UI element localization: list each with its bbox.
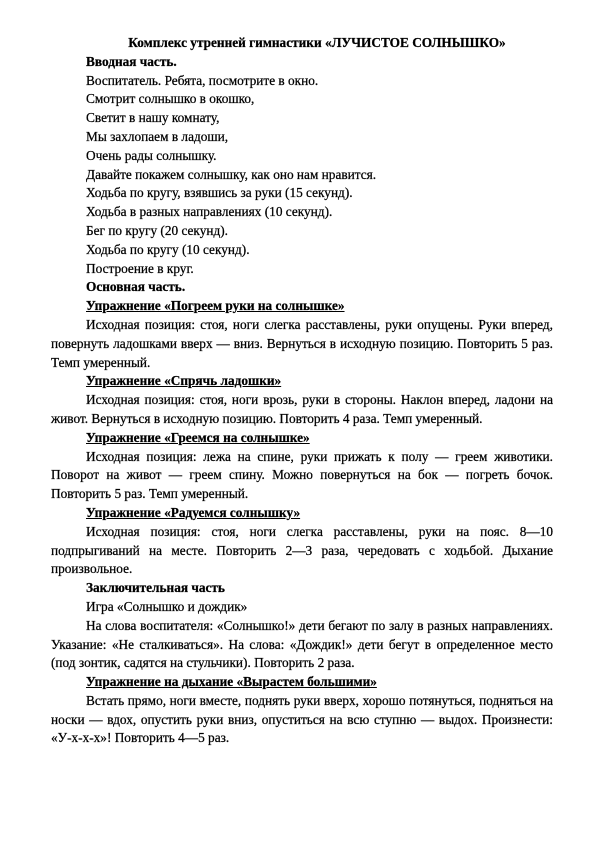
game-text: На слова воспитателя: «Солнышко!» дети б… [51,617,553,673]
intro-line: Давайте покажем солнышку, как оно нам нр… [51,166,553,185]
intro-line: Построение в круг. [51,260,553,279]
breathing-exercise-title: Упражнение на дыхание «Вырастем большими… [51,673,553,692]
document-title: Комплекс утренней гимнастики «ЛУЧИСТОЕ С… [51,34,553,53]
intro-line: Светит в нашу комнату, [51,109,553,128]
intro-line: Очень рады солнышку. [51,147,553,166]
intro-line: Смотрит солнышко в окошко, [51,90,553,109]
game-title: Игра «Солнышко и дождик» [51,598,553,617]
final-heading: Заключительная часть [51,579,553,598]
intro-line: Воспитатель. Ребята, посмотрите в окно. [51,72,553,91]
exercise-text: Исходная позиция: стоя, ноги слегка расс… [51,523,553,579]
exercise-text: Исходная позиция: стоя, ноги врозь, руки… [51,391,553,429]
main-heading: Основная часть. [51,278,553,297]
exercise-title: Упражнение «Погреем руки на солнышке» [51,297,553,316]
intro-line: Бег по кругу (20 секунд). [51,222,553,241]
exercise-title: Упражнение «Греемся на солнышке» [51,429,553,448]
intro-heading: Вводная часть. [51,53,553,72]
intro-line: Ходьба по кругу (10 секунд). [51,241,553,260]
document-page: Комплекс утренней гимнастики «ЛУЧИСТОЕ С… [51,34,553,748]
intro-line: Ходьба в разных направлениях (10 секунд)… [51,203,553,222]
intro-line: Мы захлопаем в ладоши, [51,128,553,147]
breathing-exercise-text: Встать прямо, ноги вместе, поднять руки … [51,692,553,748]
exercise-text: Исходная позиция: лежа на спине, руки пр… [51,448,553,504]
intro-line: Ходьба по кругу, взявшись за руки (15 се… [51,184,553,203]
exercise-title: Упражнение «Спрячь ладошки» [51,372,553,391]
exercise-text: Исходная позиция: стоя, ноги слегка расс… [51,316,553,372]
exercise-title: Упражнение «Радуемся солнышку» [51,504,553,523]
